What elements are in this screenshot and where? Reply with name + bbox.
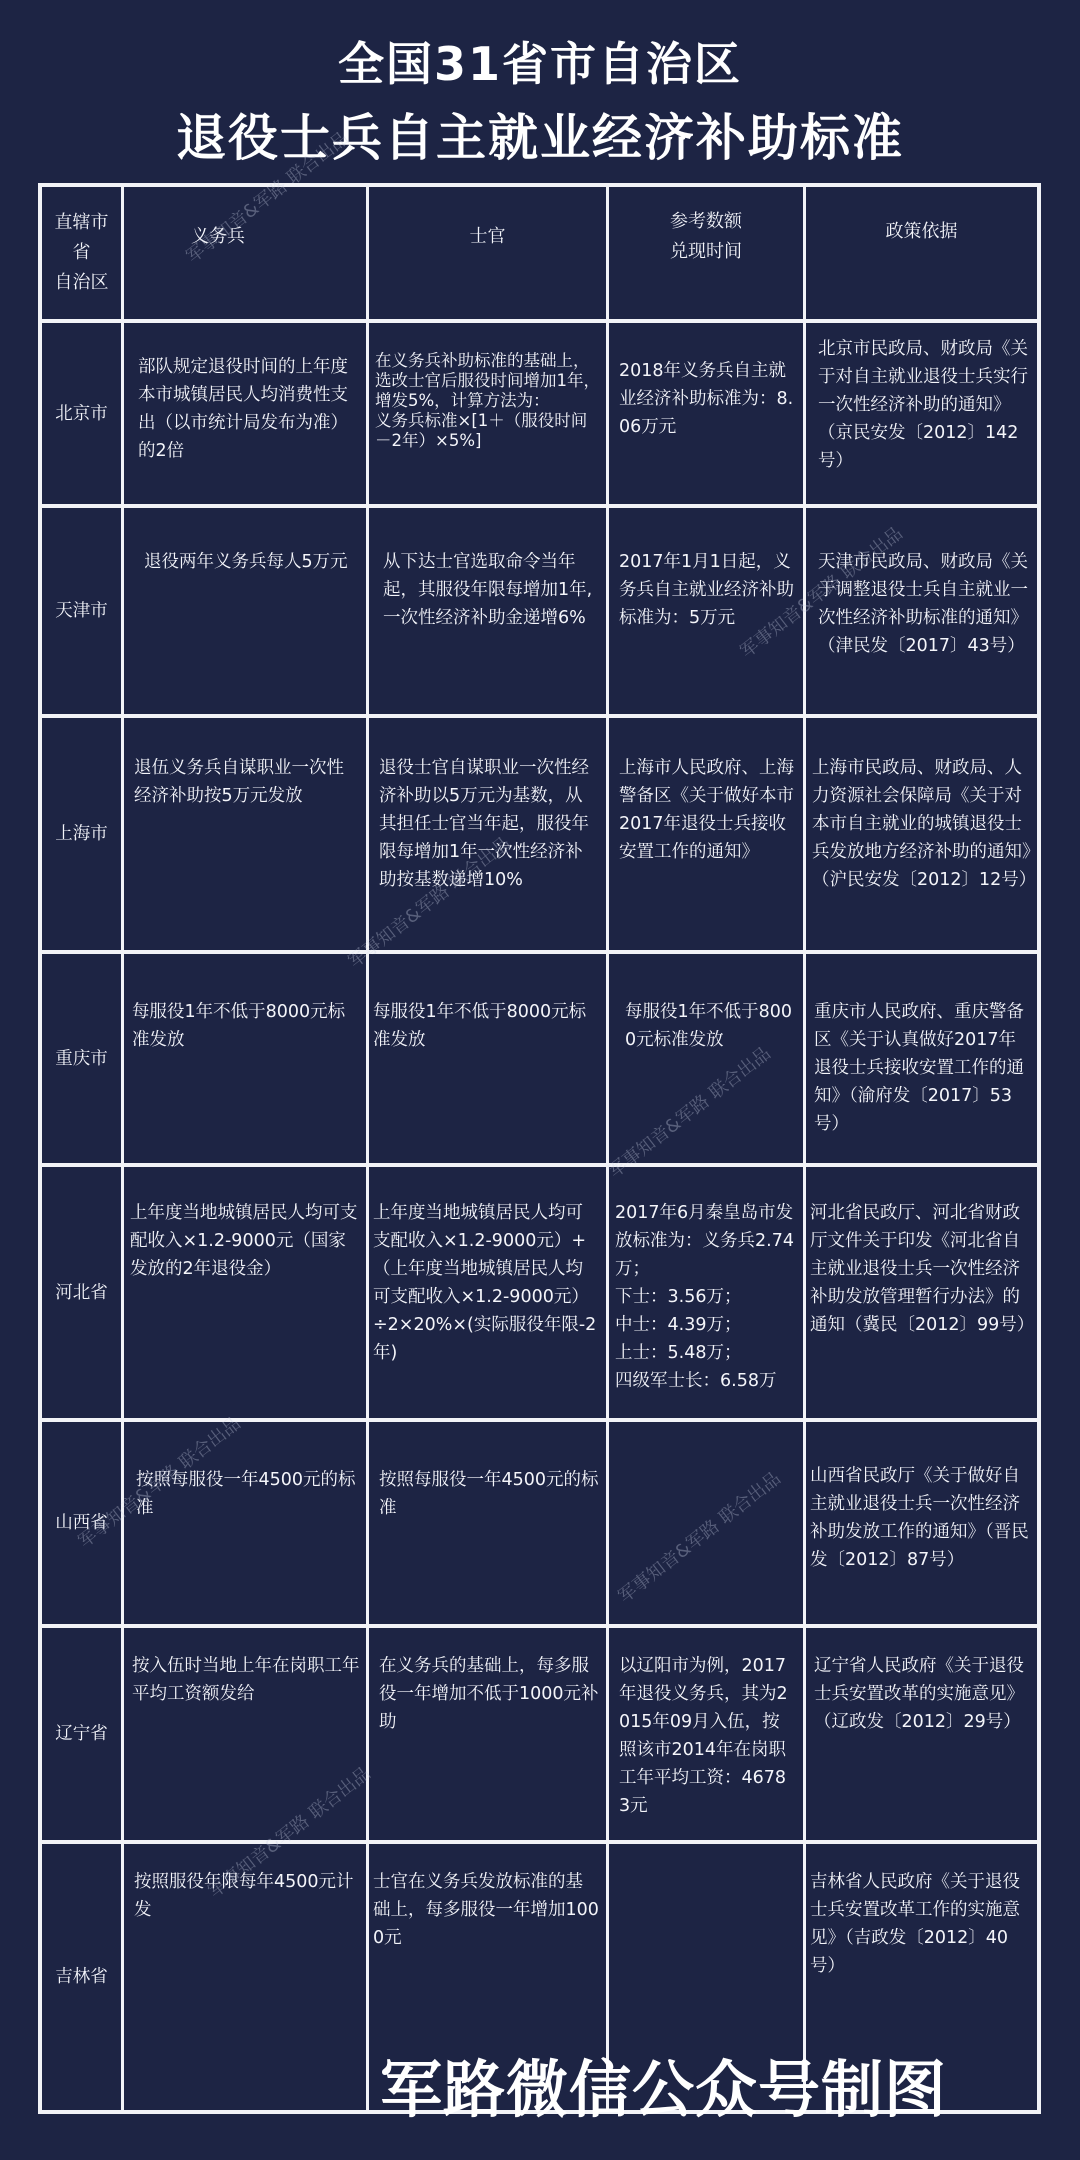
cell-policy: 山西省民政厅《关于做好自主就业退役士兵一次性经济补助发放工作的通知》（晋民发〔2… xyxy=(806,1422,1037,1624)
header-policy: 政策依据 xyxy=(806,187,1037,277)
cell-nco: 在义务兵补助标准的基础上，选改士官后服役时间增加1年，增发5%，计算方法为： 义… xyxy=(369,323,606,504)
cell-reference: 以辽阳市为例，2017年退役义务兵，其为2015年09月入伍，按照该市2014年… xyxy=(609,1628,803,1840)
cell-region: 重庆市 xyxy=(42,954,121,1163)
cell-conscript: 上年度当地城镇居民人均可支配收入×1.2-9000元（国家发放的2年退役金） xyxy=(124,1167,366,1418)
cell-conscript: 按照服役年限每年4500元计发 xyxy=(124,1844,366,2110)
cell-region: 北京市 xyxy=(42,323,121,504)
cell-nco: 上年度当地城镇居民人均可支配收入×1.2-9000元）+（上年度当地城镇居民人均… xyxy=(369,1167,606,1418)
footer-credit: 军路微信公众号制图 xyxy=(380,2040,947,2129)
cell-region: 吉林省 xyxy=(42,1844,121,2110)
cell-region: 上海市 xyxy=(42,718,121,950)
cell-region: 辽宁省 xyxy=(42,1628,121,1840)
cell-nco: 从下达士官选取命令当年起，其服役年限每增加1年,一次性经济补助金递增6% xyxy=(369,508,606,714)
cell-reference: 上海市人民政府、上海警备区《关于做好本市2017年退役士兵接收安置工作的通知》 xyxy=(609,718,803,950)
cell-conscript: 按照每服役一年4500元的标准 xyxy=(124,1422,366,1624)
cell-policy: 天津市民政局、财政局《关于调整退役士兵自主就业一次性经济补助标准的通知》（津民发… xyxy=(806,508,1037,714)
cell-region: 河北省 xyxy=(42,1167,121,1418)
cell-nco: 按照每服役一年4500元的标准 xyxy=(369,1422,606,1624)
cell-nco: 在义务兵的基础上，每多服役一年增加不低于1000元补助 xyxy=(369,1628,606,1840)
cell-conscript: 退役两年义务兵每人5万元 xyxy=(124,508,366,714)
cell-reference: 2018年义务兵自主就业经济补助标准为：8.06万元 xyxy=(609,323,803,504)
cell-nco: 每服役1年不低于8000元标准发放 xyxy=(369,954,606,1163)
header-region: 直辖市 省 自治区 xyxy=(42,187,121,319)
cell-policy: 河北省民政厅、河北省财政厅文件关于印发《河北省自主就业退役士兵一次性经济补助发放… xyxy=(806,1167,1037,1418)
cell-conscript: 每服役1年不低于8000元标准发放 xyxy=(124,954,366,1163)
page-title-line-1: 全国31省市自治区 xyxy=(0,28,1080,94)
page-title-line-2: 退役士兵自主就业经济补助标准 xyxy=(0,98,1080,170)
cell-region: 天津市 xyxy=(42,508,121,714)
cell-reference: 2017年6月秦皇岛市发放标准为：义务兵2.74万； 下士：3.56万； 中士：… xyxy=(609,1167,803,1418)
cell-conscript: 退伍义务兵自谋职业一次性经济补助按5万元发放 xyxy=(124,718,366,950)
cell-policy: 北京市民政局、财政局《关于对自主就业退役士兵实行一次性经济补助的通知》（京民安发… xyxy=(806,323,1037,504)
cell-policy: 辽宁省人民政府《关于退役士兵安置改革的实施意见》（辽政发〔2012〕29号） xyxy=(806,1628,1037,1840)
subsidy-table: 直辖市 省 自治区 义务兵 士官 参考数额 兑现时间 政策依据 北京市 部队规定… xyxy=(38,183,1041,2114)
cell-conscript: 部队规定退役时间的上年度本市城镇居民人均消费性支出（以市统计局发布为准）的2倍 xyxy=(124,323,366,504)
header-nco: 士官 xyxy=(369,187,606,287)
cell-policy: 上海市民政局、财政局、人力资源社会保障局《关于对本市自主就业的城镇退役士兵发放地… xyxy=(806,718,1037,950)
header-reference: 参考数额 兑现时间 xyxy=(609,187,803,287)
cell-policy: 重庆市人民政府、重庆警备区《关于认真做好2017年退役士兵接收安置工作的通知》（… xyxy=(806,954,1037,1163)
